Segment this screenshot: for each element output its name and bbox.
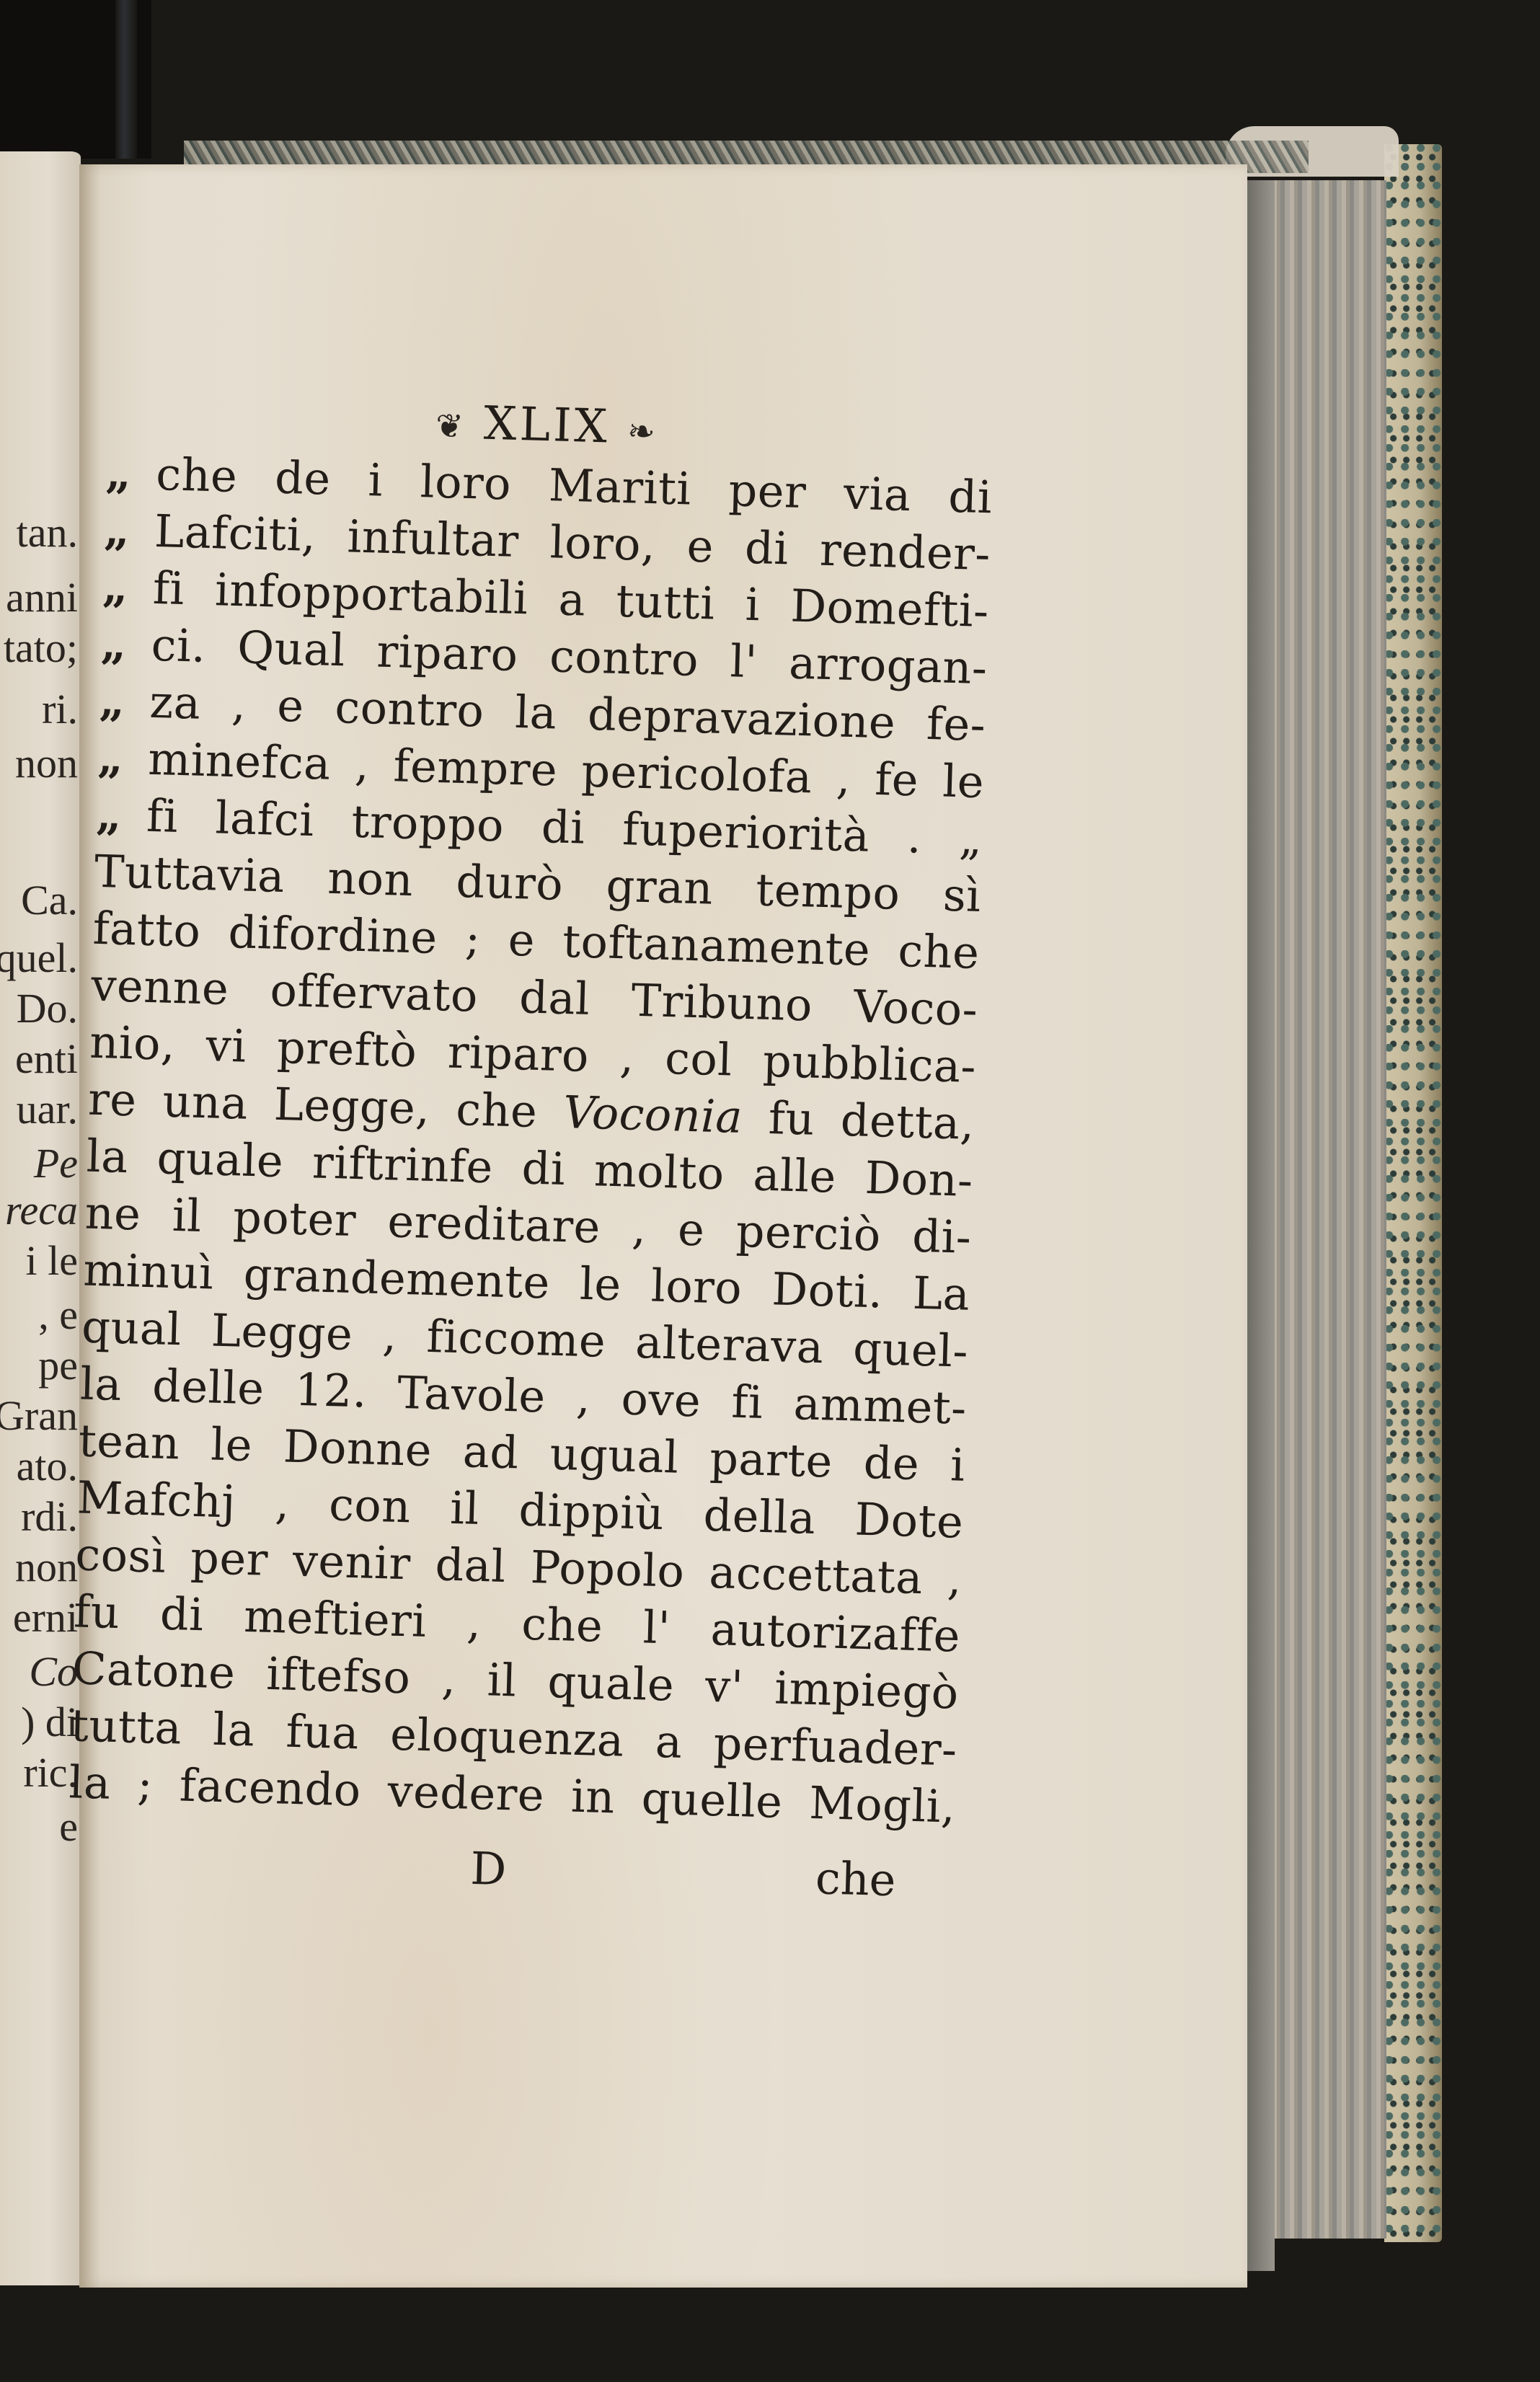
quotation-mark: „ [103,501,155,559]
left-page-text-fragment: ri. [42,689,78,730]
left-page-text-fragment: , e [38,1294,78,1336]
left-page-text-fragment: erni [13,1597,78,1639]
marbled-cover-edge [1384,144,1442,2242]
quotation-mark: „ [105,444,156,502]
left-page-text-fragment: non [15,743,78,784]
body-text: „che de i loro Mariti per via di„Lafciti… [68,444,993,1836]
left-page-text-fragment: Do. [17,988,78,1030]
left-page-text-fragment: tan. [17,512,78,554]
fleuron-right-icon: ❧ [627,412,658,451]
page-text-block: ❦ XLIX ❧ „che de i loro Mariti per via d… [66,382,995,1915]
quotation-mark: „ [97,729,149,787]
left-page-text-fragment: tato; [4,627,78,669]
italic-term: Voconia [562,1086,743,1143]
page-number: XLIX [483,397,611,454]
left-page-text-fragment: i le [26,1240,78,1282]
quotation-mark: „ [102,558,154,616]
background-reflection [115,0,137,159]
quotation-mark: „ [95,786,147,844]
left-page-text-fragment: quel. [0,937,78,979]
quotation-mark: „ [99,672,151,730]
left-page-sliver: tan.annitato;ri.nonCa.quel.Do.entiuar.Pe… [0,151,81,2285]
left-page-text-fragment: rdi. [21,1496,78,1538]
left-page-text-fragment: anni [6,577,78,619]
signature-mark: D [469,1836,507,1902]
left-page-text-fragment: uar. [17,1089,78,1130]
line-text: fu detta, [742,1091,975,1150]
fore-edge-shadow [1246,180,1275,2271]
left-page-text-fragment: Gran [0,1395,78,1437]
left-page-text-fragment: pe [38,1345,78,1386]
fleuron-left-icon: ❦ [435,406,466,446]
quotation-mark: „ [100,615,152,673]
left-page-text-fragment: enti [15,1038,78,1080]
catchword: che [815,1846,897,1913]
line-text: re una Legge, che [87,1073,564,1138]
left-page-text-fragment: ) di [21,1701,78,1743]
left-page-text-fragment: Ca. [21,880,78,921]
left-page-text-fragment: Pe [34,1143,78,1185]
left-page-text-fragment: reca [5,1190,78,1231]
left-page-text-fragment: non [15,1546,78,1588]
left-page-text-fragment: Co [29,1651,78,1693]
left-page-text-fragment: ato. [17,1445,78,1487]
